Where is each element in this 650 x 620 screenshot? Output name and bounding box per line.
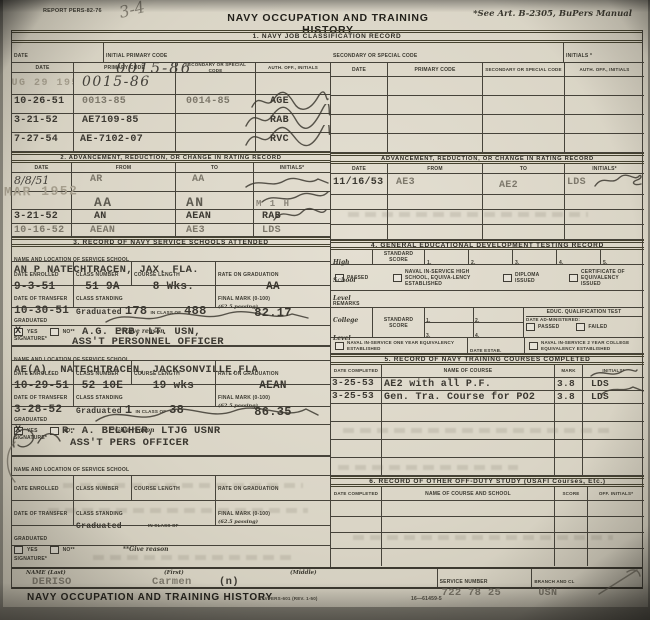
col-course-school: NAME OF COURSE AND SCHOOL	[425, 491, 511, 497]
job-row4-date: 7-27-54	[12, 133, 74, 151]
bleed-through	[48, 508, 308, 513]
adv-right-row1-initials: LDS	[565, 174, 644, 194]
adv-row-3: 3-21-52 AN AEAN RAB	[12, 210, 330, 224]
school-name-label: NAME AND LOCATION OF SERVICE SCHOOL	[14, 467, 129, 473]
adv-row4-from: AEAN	[72, 224, 176, 236]
passed-checkbox	[335, 274, 344, 282]
training-row1-date: 3-25-53	[331, 378, 382, 390]
col-initials: AUTH. OFF., INITIALS	[580, 67, 630, 72]
training-row2: 3-25-53 Gen. Tra. Course for PO2 3.8 LDS	[331, 391, 644, 404]
two-year-checkbox	[529, 342, 538, 350]
adv-row2-date: MAR 1952	[12, 192, 72, 209]
class-number-label: CLASS NUMBER	[76, 371, 119, 377]
school1-signature-title: ASS'T PERSONNEL OFFICER	[72, 337, 224, 349]
class-standing-label: CLASS STANDING	[76, 395, 123, 401]
equivalency-row: NAVAL IN-SERVICE ONE YEAR EQUIVALENCY ES…	[331, 338, 644, 354]
print-code: 16—61459-5	[411, 596, 442, 602]
final-mark-label: FINAL MARK (0-100)	[218, 395, 270, 401]
adv-table-header: DATE FROM TO INITIALS*	[12, 163, 330, 173]
col-initials: INITIALS*	[280, 165, 305, 171]
adv-right-header: DATE FROM TO INITIALS*	[331, 164, 644, 174]
school-block-2: NAME AND LOCATION OF SERVICE SCHOOL AE(A…	[12, 346, 330, 456]
adv-row3-date: 3-21-52	[12, 210, 72, 223]
job-row1-primary: 0015-86	[82, 74, 173, 90]
passed-label: PASSED	[347, 275, 368, 281]
job-row2-initials: AGE	[256, 95, 330, 113]
standard-score-label: STANDARD SCORE	[375, 317, 422, 329]
adv-row1-initials	[254, 173, 330, 191]
signature-label: SIGNATURE*	[14, 336, 47, 342]
initial-primary-code-cell: INITIAL PRIMARY CODE 0015-86	[104, 43, 331, 62]
col-initials: INITIALS*	[592, 166, 617, 172]
school-block-1: NAME AND LOCATION OF SERVICE SCHOOL AN P…	[12, 247, 330, 346]
adv-right-row1: 11/16/53 AE3 AE2 LDS	[331, 174, 644, 195]
yes-label: YES	[27, 547, 38, 553]
job-row-2: 10-26-51 0013-85 0014-85 AGE	[12, 95, 330, 114]
educ-failed-label: FAILED	[588, 324, 607, 330]
signature-scribble	[244, 175, 330, 193]
signature-label: SIGNATURE*	[14, 435, 47, 441]
adv-right-row1-to: AE2	[483, 174, 565, 194]
col-date: DATE	[34, 165, 48, 171]
date-transfer-label: DATE OF TRANSFER	[14, 296, 67, 302]
training-row2-date: 3-25-53	[331, 391, 382, 403]
educ-failed-checkbox	[576, 323, 585, 331]
middle-name-label: (Middle)	[290, 570, 317, 576]
section6-title: 6. RECORD OF OTHER OFF-DUTY STUDY (USAFI…	[331, 476, 644, 487]
date-administered-label: DATE AD-MINISTERED:	[526, 317, 642, 322]
graduated-label: GRADUATED	[14, 536, 47, 542]
no-label: NO**	[63, 547, 75, 553]
col-off-initials: OFF. INITIALS*	[599, 491, 633, 496]
first-name-value: Carmen	[152, 577, 192, 589]
col-secondary: SECONDARY OR SPECIAL CODE	[485, 67, 561, 72]
initials-label: INITIALS *	[566, 53, 592, 59]
give-reason-label: **Give reason	[123, 547, 169, 554]
job-row2-primary: 0013-85	[74, 95, 176, 113]
adv-row3-from: AN	[72, 210, 176, 223]
col-date-completed: DATE COMPLETED	[334, 491, 378, 496]
adv-row3-initials: RAB	[254, 210, 330, 223]
training-row2-initials: LDS	[583, 391, 644, 403]
job-table-header: DATE PRIMARY CODE SECONDARY OR SPECIAL C…	[12, 63, 330, 73]
training-row1-mark: 3.8	[555, 378, 583, 390]
educ-test-label: EDUC. QUALIFICATION TEST	[526, 309, 642, 317]
adv-row-4: 10-16-52 AEAN AE3 LDS	[12, 224, 330, 237]
col-from: FROM	[427, 166, 443, 172]
signature-scribble	[102, 308, 312, 328]
middle-name-value: (n)	[219, 577, 239, 589]
adv-row1-from: AR	[72, 173, 176, 191]
training-row2-mark: 3.8	[555, 391, 583, 403]
bleed-through	[348, 212, 588, 217]
passing-label: (62.5 passing)	[218, 520, 328, 526]
branch-cell: BRANCH AND CL USN	[532, 569, 642, 587]
offduty-header: DATE COMPLETED NAME OF COURSE AND SCHOOL…	[331, 487, 644, 501]
last-name-value: DERISO	[32, 577, 72, 589]
date-enrolled-label: DATE ENROLLED	[14, 371, 59, 377]
training-row1-course: AE2 with all P.F.	[382, 378, 555, 390]
manual-reference: *See Art. B-2305, BuPers Manual	[473, 10, 632, 20]
one-year-label: NAVAL IN-SERVICE ONE YEAR EQUIVALENCY ES…	[347, 340, 457, 351]
adv-row2-initials: M 1 H	[254, 192, 330, 209]
rate-grad-label: RATE ON GRADUATION	[218, 371, 279, 377]
job-table-right-header: DATE PRIMARY CODE SECONDARY OR SPECIAL C…	[331, 63, 644, 77]
training-row2-course: Gen. Tra. Course for PO2	[382, 391, 555, 403]
class-standing-label: CLASS STANDING	[76, 296, 123, 302]
bleed-through	[63, 483, 303, 488]
col-to: TO	[211, 165, 218, 171]
service-number-value: 722 78 25	[442, 588, 530, 600]
job-row2-date: 10-26-51	[12, 95, 74, 113]
service-number-label: SERVICE NUMBER	[440, 579, 488, 585]
date-transfer-label: DATE OF TRANSFER	[14, 395, 67, 401]
col-initials: INITIALS*	[602, 368, 624, 373]
section3-title: 3. RECORD OF NAVY SERVICE SCHOOLS ATTEND…	[12, 237, 330, 247]
bleed-through	[338, 465, 518, 470]
hs-level-row: High School Level STANDARD SCORE 1. 2. 3…	[331, 250, 644, 265]
educ-passed-label: PASSED	[538, 324, 559, 330]
col-initials: AUTH. OFF., INITIALS	[268, 65, 318, 70]
adv-row-2: MAR 1952 AA AN M 1 H	[12, 192, 330, 210]
adv-row4-initials: LDS	[254, 224, 330, 236]
col-from: FROM	[116, 165, 132, 171]
secondary-code-label: SECONDARY OR SPECIAL CODE	[333, 53, 417, 59]
job-row4-primary: AE-7102-07	[74, 133, 176, 151]
branch-value: USN	[538, 588, 640, 599]
graduated-label: GRADUATED	[14, 417, 47, 423]
signature-label: SIGNATURE*	[14, 556, 47, 562]
date-enrolled-label: DATE ENROLLED	[14, 486, 59, 492]
name-row: NAME (Last) (First) (Middle) DERISO Carm…	[12, 567, 642, 589]
job-row3-date: 3-21-52	[12, 114, 74, 132]
adv-row3-to: AEAN	[176, 210, 254, 223]
col-date-completed: DATE COMPLETED	[334, 368, 378, 373]
job-row3-primary: AE7109-85	[74, 114, 176, 132]
col-mark: MARK	[561, 368, 575, 373]
school2-signature-title: ASS'T PERS OFFICER	[70, 438, 189, 450]
date-label: DATE	[14, 53, 28, 59]
date-cell: DATE AUG 29 1951	[12, 43, 104, 62]
col-secondary: SECONDARY OR SPECIAL CODE	[178, 62, 253, 73]
job-row1-date-stamp: AUG 29 1951	[12, 78, 71, 89]
job-row2-secondary: 0014-85	[176, 95, 256, 113]
col-date: DATE	[352, 166, 366, 172]
section1-title: 1. NAVY JOB CLASSIFICATION RECORD	[12, 30, 642, 43]
diploma-checkbox	[503, 274, 512, 282]
footer-title: NAVY OCCUPATION AND TRAINING HISTORY	[27, 592, 273, 603]
service-number-cell: SERVICE NUMBER 722 78 25	[438, 569, 533, 587]
remarks-box: REMARKS	[331, 291, 644, 308]
signature-scribble	[593, 170, 645, 192]
rate-grad-label: RATE ON GRADUATION	[218, 272, 279, 278]
branch-label: BRANCH AND CL	[534, 579, 574, 584]
certificate-label: CERTIFICATE OF EQUIVALENCY ISSUED	[581, 269, 637, 287]
bleed-through	[93, 555, 293, 560]
course-length-label: COURSE LENGTH	[134, 371, 180, 377]
job-row-3: 3-21-52 AE7109-85 RAB	[12, 114, 330, 133]
one-year-checkbox	[335, 342, 344, 350]
training-row1: 3-25-53 AE2 with all P.F. 3.8 LDS	[331, 378, 644, 391]
secondary-code-row: SECONDARY OR SPECIAL CODE INITIALS *	[331, 43, 644, 63]
adv-row4-to: AE3	[176, 224, 254, 236]
course-length-label: COURSE LENGTH	[134, 272, 180, 278]
bleed-through	[343, 428, 613, 433]
form-body: 1. NAVY JOB CLASSIFICATION RECORD DATE A…	[11, 30, 643, 589]
scanned-form: REPORT PERS-82-76 3-4 NAVY OCCUPATION AN…	[0, 0, 650, 620]
college-row: College Level STANDARD SCORE 1. 2. 3. 4.…	[331, 308, 644, 338]
adv-right-row1-from: AE3	[388, 174, 483, 194]
bleed-through	[353, 535, 613, 540]
col-date: DATE	[35, 65, 49, 71]
job-row3-initials: RAB	[256, 114, 330, 132]
school2-signature-name: R. A. BELCHER, LTJG USNR	[62, 426, 220, 438]
two-year-label: NAVAL IN-SERVICE 2 YEAR COLLEGE EQUIVALE…	[541, 340, 641, 351]
date-enrolled-label: DATE ENROLLED	[14, 272, 59, 278]
left-column: DATE PRIMARY CODE SECONDARY OR SPECIAL C…	[12, 63, 331, 567]
name-cell: NAME (Last) (First) (Middle) DERISO Carm…	[12, 569, 438, 587]
job-row4-initials: RVC	[256, 133, 330, 151]
mar-1952-stamp: MAR 1952	[4, 183, 79, 199]
date-estab-label: DATE ESTAB.	[470, 348, 502, 353]
col-primary: PRIMARY CODE	[414, 67, 455, 73]
graduated-yes-checkbox	[14, 546, 23, 554]
adv-right-row1-date: 11/16/53	[331, 174, 388, 194]
right-column: SECONDARY OR SPECIAL CODE INITIALS * DAT…	[331, 63, 644, 567]
final-mark-label: FINAL MARK (0-100)	[218, 296, 270, 302]
report-number: REPORT PERS-82-76	[43, 8, 102, 15]
job-row-4: 7-27-54 AE-7102-07 RVC	[12, 133, 330, 152]
educ-qualification-box: EDUC. QUALIFICATION TEST DATE AD-MINISTE…	[524, 308, 644, 337]
adv-row4-date: 10-16-52	[12, 224, 72, 236]
certificate-checkbox	[569, 274, 578, 282]
equivalency-checkbox	[393, 274, 402, 282]
adv-row2-to: AN	[176, 192, 254, 209]
job-row-1: AUG 29 1951 0015-86	[12, 73, 330, 95]
educ-passed-checkbox	[526, 323, 535, 331]
section2-right-title: ADVANCEMENT, REDUCTION, OR CHANGE IN RAT…	[331, 153, 644, 164]
adv-row1-to: AA	[176, 173, 254, 191]
section4-title: 4. GENERAL EDUCATIONAL DEVELOPMENT TESTI…	[331, 240, 644, 250]
pencil-note: 3-4	[117, 0, 147, 22]
form-code: NAVPERS-601 (REV. 1-50)	[258, 596, 318, 601]
class-number-label: CLASS NUMBER	[76, 272, 119, 278]
paper: REPORT PERS-82-76 3-4 NAVY OCCUPATION AN…	[3, 0, 648, 607]
training-header: DATE COMPLETED NAME OF COURSE MARK INITI…	[331, 365, 644, 378]
col-course: NAME OF COURSE	[444, 368, 493, 374]
col-primary: PRIMARY CODE	[104, 65, 145, 71]
training-row1-initials: LDS	[583, 378, 644, 390]
section5-title: 5. RECORD OF NAVY TRAINING COURSES COMPL…	[331, 354, 644, 365]
graduated-label: GRADUATED	[14, 318, 47, 324]
col-to: TO	[520, 166, 527, 172]
diploma-label: DIPLOMA ISSUED	[515, 272, 555, 284]
col-score: SCORE	[562, 491, 579, 496]
section2-title: 2. ADVANCEMENT, REDUCTION, OR CHANGE IN …	[12, 152, 330, 163]
standard-score-label: STANDARD SCORE	[375, 251, 422, 263]
equivalency-label: NAVAL IN-SERVICE HIGH SCHOOL, EQUIVA-LEN…	[405, 269, 493, 287]
col-date: DATE	[352, 67, 366, 73]
graduated-no-checkbox	[50, 546, 59, 554]
hs-checkbox-row: PASSED NAVAL IN-SERVICE HIGH SCHOOL, EQU…	[331, 265, 644, 291]
adv-row2-from: AA	[72, 192, 176, 209]
